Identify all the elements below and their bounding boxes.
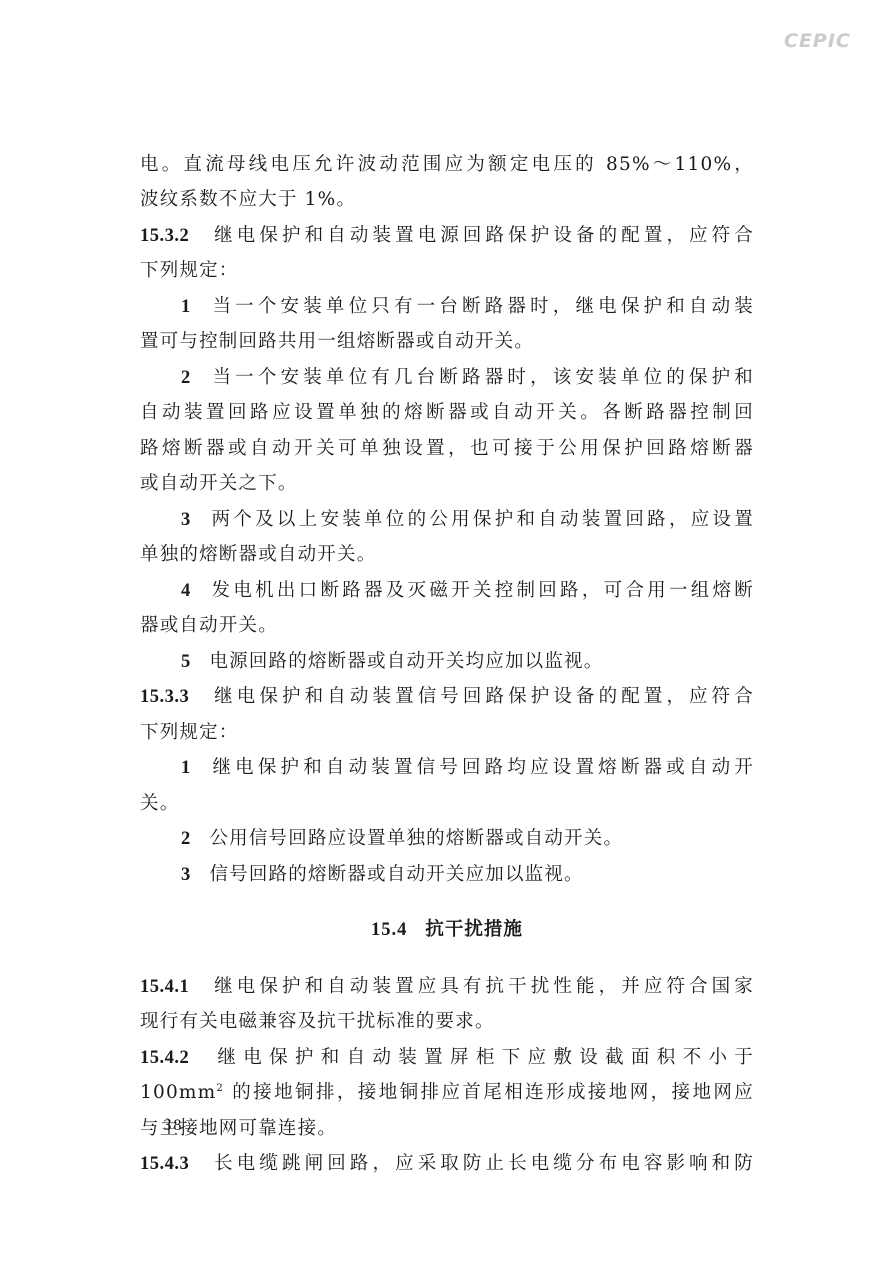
clause-text: 长电缆跳闸回路，应采取防止长电缆分布电容影响和防 [211, 1153, 754, 1174]
section-heading: 15.4抗干扰措施 [140, 915, 754, 945]
publisher-watermark: CEPIC [784, 30, 851, 52]
paragraph-line: 下列规定： [140, 718, 239, 748]
area-value: 100mm [140, 1082, 216, 1103]
clause-15-4-1: 15.4.1继电保护和自动装置应具有抗干扰性能，并应符合国家 [140, 972, 754, 1002]
paragraph-line: 置可与控制回路共用一组熔断器或自动开关。 [140, 327, 534, 357]
item-text: 继电保护和自动装置信号回路均应设置熔断器或自动开 [209, 757, 754, 778]
item-text: 当一个安装单位只有一台断路器时，继电保护和自动装 [209, 296, 754, 317]
paragraph-line: 或自动开关之下。 [140, 469, 298, 499]
list-item-2: 2当一个安装单位有几台断路器时，该安装单位的保护和 [181, 363, 754, 393]
clause-text: 继电保护和自动装置信号回路保护设备的配置，应符合 [211, 686, 754, 707]
item-number: 3 [181, 510, 191, 530]
clause-15-3-2: 15.3.2继电保护和自动装置电源回路保护设备的配置，应符合 [140, 221, 754, 251]
clause-15-4-3: 15.4.3长电缆跳闸回路，应采取防止长电缆分布电容影响和防 [140, 1149, 754, 1179]
paragraph-line: 现行有关电磁兼容及抗干扰标准的要求。 [140, 1007, 495, 1037]
clause-number: 15.3.2 [140, 226, 189, 246]
item-text: 信号回路的熔断器或自动开关应加以监视。 [209, 864, 583, 885]
item-number: 1 [181, 758, 191, 778]
item-text: 当一个安装单位有几台断路器时，该安装单位的保护和 [209, 367, 754, 388]
clause-15-3-3: 15.3.3继电保护和自动装置信号回路保护设备的配置，应符合 [140, 682, 754, 712]
list-item-1: 1当一个安装单位只有一台断路器时，继电保护和自动装 [181, 292, 754, 322]
clause-text: 继电保护和自动装置屏柜下应敷设截面积不小于 [211, 1047, 754, 1068]
clause-number: 15.4.1 [140, 977, 189, 997]
page-number: · 38 · [150, 1117, 197, 1135]
clause-text: 继电保护和自动装置电源回路保护设备的配置，应符合 [211, 225, 754, 246]
list-item-3: 3信号回路的熔断器或自动开关应加以监视。 [181, 860, 584, 890]
item-text: 两个及以上安装单位的公用保护和自动装置回路，应设置 [209, 509, 754, 530]
clause-number: 15.4.2 [140, 1048, 189, 1068]
clause-text: 继电保护和自动装置应具有抗干扰性能，并应符合国家 [211, 976, 754, 997]
paragraph-line: 器或自动开关。 [140, 611, 278, 641]
clause-number: 15.3.3 [140, 687, 189, 707]
item-number: 1 [181, 297, 191, 317]
item-number: 2 [181, 829, 191, 849]
list-item-1: 1继电保护和自动装置信号回路均应设置熔断器或自动开 [181, 753, 754, 783]
section-title-text: 抗干扰措施 [425, 919, 523, 940]
paragraph-line: 单独的熔断器或自动开关。 [140, 540, 376, 570]
superscript: 2 [216, 1083, 224, 1094]
list-item-5: 5电源回路的熔断器或自动开关均应加以监视。 [181, 647, 603, 677]
paragraph-text: 的接地铜排，接地铜排应首尾相连形成接地网，接地网应 [224, 1082, 754, 1103]
item-text: 公用信号回路应设置单独的熔断器或自动开关。 [209, 828, 623, 849]
paragraph-line: 路熔断器或自动开关可单独设置，也可接于公用保护回路熔断器 [140, 434, 754, 464]
paragraph-line: 波纹系数不应大于 1%。 [140, 185, 356, 215]
paragraph-line: 自动装置回路应设置单独的熔断器或自动开关。各断路器控制回 [140, 398, 754, 428]
paragraph-line: 下列规定： [140, 256, 239, 286]
paragraph-line: 关。 [140, 789, 179, 819]
clause-15-4-2: 15.4.2继电保护和自动装置屏柜下应敷设截面积不小于 [140, 1043, 754, 1073]
item-text: 发电机出口断路器及灭磁开关控制回路，可合用一组熔断 [209, 580, 754, 601]
item-number: 3 [181, 865, 191, 885]
list-item-2: 2公用信号回路应设置单独的熔断器或自动开关。 [181, 824, 623, 854]
item-number: 5 [181, 652, 191, 672]
paragraph-line: 100mm2 的接地铜排，接地铜排应首尾相连形成接地网，接地网应 [140, 1078, 754, 1108]
list-item-4: 4发电机出口断路器及灭磁开关控制回路，可合用一组熔断 [181, 576, 754, 606]
section-number: 15.4 [371, 920, 407, 940]
paragraph-line: 电。直流母线电压允许波动范围应为额定电压的 85%～110%， [140, 150, 754, 180]
clause-number: 15.4.3 [140, 1154, 189, 1174]
item-number: 4 [181, 581, 191, 601]
list-item-3: 3两个及以上安装单位的公用保护和自动装置回路，应设置 [181, 505, 754, 535]
item-number: 2 [181, 368, 191, 388]
item-text: 电源回路的熔断器或自动开关均应加以监视。 [209, 651, 603, 672]
